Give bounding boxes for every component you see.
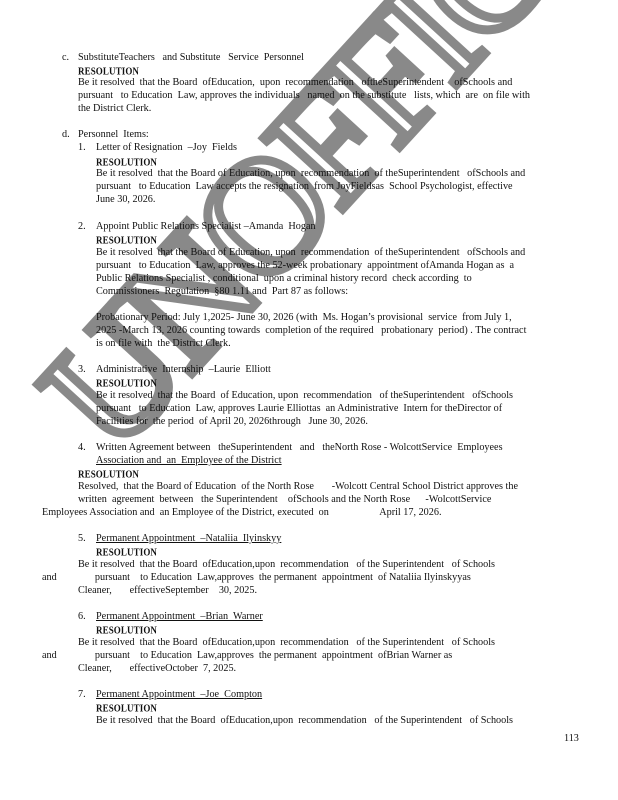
item-marker: 7. — [78, 689, 86, 702]
page-number: 113 — [564, 733, 579, 746]
resolution-text: Resolved, that the Board of Education of… — [78, 481, 518, 494]
item-title: Permanent Appointment –Brian Warner — [96, 611, 263, 624]
resolution-text: written agreement between the Superinten… — [78, 494, 491, 507]
resolution-text: Be it resolved that the Board of Educati… — [96, 247, 525, 260]
resolution-text: Be it resolved that the Board of Educati… — [96, 168, 525, 181]
item-marker: 2. — [78, 221, 86, 234]
item-title: Written Agreement between theSuperintend… — [96, 442, 503, 455]
section-title: Personnel Items: — [78, 129, 149, 142]
resolution-label: RESOLUTION — [96, 545, 157, 559]
resolution-text: Be it resolved that the Board ofEducatio… — [96, 715, 513, 728]
item-marker: 1. — [78, 142, 86, 155]
item-marker: 3. — [78, 364, 86, 377]
resolution-text: pursuant to Education Law accepts the re… — [96, 181, 513, 194]
section-title: SubstituteTeachers and Substitute Servic… — [78, 52, 304, 65]
item-title: Association and an Employee of the Distr… — [96, 455, 282, 468]
resolution-label: RESOLUTION — [96, 623, 157, 637]
resolution-text: Be it resolved that the Board ofEducatio… — [78, 637, 495, 650]
item-title: Administrative Internship –Laurie Elliot… — [96, 364, 271, 377]
resolution-label: RESOLUTION — [78, 467, 139, 481]
probationary-text: Probationary Period: July 1,2025- June 3… — [96, 312, 512, 325]
item-title: Permanent Appointment –Nataliia Ilyinsky… — [96, 533, 281, 546]
resolution-text: pursuant to Education Law, approves the … — [78, 90, 530, 103]
section-marker: c. — [62, 52, 69, 65]
section-marker: d. — [62, 129, 70, 142]
resolution-text: and pursuant to Education Law,approves t… — [42, 650, 452, 663]
resolution-text: Be it resolved that the Board ofEducatio… — [78, 77, 512, 90]
resolution-text: Commissioners Regulation §80 1.11 and Pa… — [96, 286, 348, 299]
resolution-text: Facilities for the period of April 20, 2… — [96, 416, 368, 429]
resolution-text: Public Relations Specialist , conditiona… — [96, 273, 472, 286]
resolution-text: the District Clerk. — [78, 103, 151, 116]
resolution-text: pursuant to Education Law, approves the … — [96, 260, 514, 273]
resolution-label: RESOLUTION — [96, 233, 157, 247]
resolution-text: pursuant to Education Law, approves Laur… — [96, 403, 502, 416]
resolution-label: RESOLUTION — [96, 376, 157, 390]
resolution-text: Be it resolved that the Board of Educati… — [96, 390, 513, 403]
document-page: UNOFFICIAL c. SubstituteTeachers and Sub… — [0, 0, 618, 800]
probationary-text: 2025 -March 13, 2026 counting towards co… — [96, 325, 526, 338]
resolution-text: Employees Association and an Employee of… — [42, 507, 442, 520]
item-title: Letter of Resignation –Joy Fields — [96, 142, 237, 155]
item-marker: 4. — [78, 442, 86, 455]
item-marker: 5. — [78, 533, 86, 546]
item-marker: 6. — [78, 611, 86, 624]
item-title: Appoint Public Relations Specialist –Ama… — [96, 221, 316, 234]
resolution-text: Cleaner, effectiveOctober 7, 2025. — [78, 663, 236, 676]
probationary-text: is on file with the District Clerk. — [96, 338, 231, 351]
resolution-text: Be it resolved that the Board ofEducatio… — [78, 559, 495, 572]
resolution-text: Cleaner, effectiveSeptember 30, 2025. — [78, 585, 257, 598]
resolution-text: and pursuant to Education Law,approves t… — [42, 572, 471, 585]
item-title: Permanent Appointment –Joe Compton — [96, 689, 262, 702]
resolution-label: RESOLUTION — [96, 701, 157, 715]
resolution-text: June 30, 2026. — [96, 194, 155, 207]
